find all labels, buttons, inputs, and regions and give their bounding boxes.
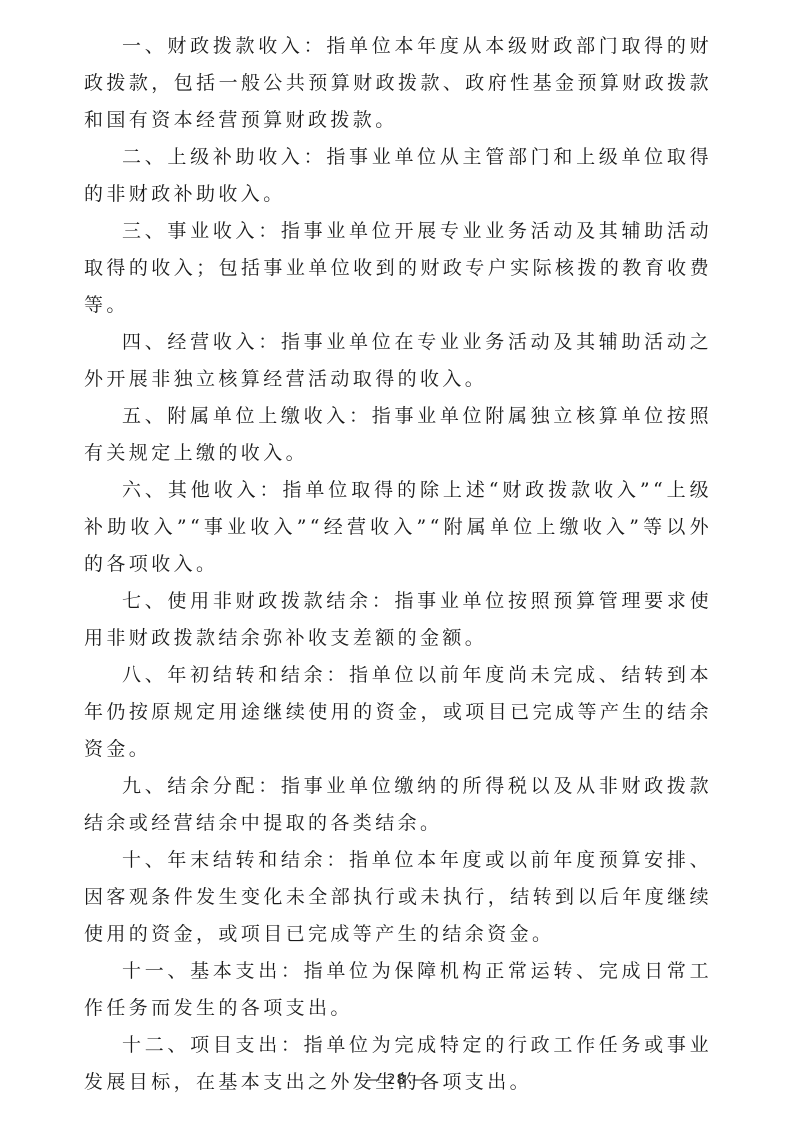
definition-project-expenditure: 十二、项目支出：指单位为完成特定的行政工作任务或事业发展目标，在基本支出之外发生… [84,1027,712,1101]
definition-year-end-carryover-and-balance: 十、年末结转和结余：指单位本年度或以前年度预算安排、因客观条件发生变化未全部执行… [84,842,712,953]
definition-basic-expenditure: 十一、基本支出：指单位为保障机构正常运转、完成日常工作任务而发生的各项支出。 [84,953,712,1027]
definition-higher-level-subsidy-income: 二、上级补助收入：指事业单位从主管部门和上级单位取得的非财政补助收入。 [84,139,712,213]
definition-balance-distribution: 九、结余分配：指事业单位缴纳的所得税以及从非财政拨款结余或经营结余中提取的各类结… [84,768,712,842]
definition-affiliated-unit-remittance-income: 五、附属单位上缴收入：指事业单位附属独立核算单位按照有关规定上缴的收入。 [84,398,712,472]
document-body: 一、财政拨款收入：指单位本年度从本级财政部门取得的财政拨款，包括一般公共预算财政… [84,28,712,1101]
definition-use-of-non-appropriation-balance: 七、使用非财政拨款结余：指事业单位按照预算管理要求使用非财政拨款结余弥补收支差额… [84,583,712,657]
definition-operating-income: 四、经营收入：指事业单位在专业业务活动及其辅助活动之外开展非独立核算经营活动取得… [84,324,712,398]
definition-beginning-carryover-and-balance: 八、年初结转和结余：指单位以前年度尚未完成、结转到本年仍按原规定用途继续使用的资… [84,657,712,768]
definition-business-income: 三、事业收入：指事业单位开展专业业务活动及其辅助活动取得的收入；包括事业单位收到… [84,213,712,324]
definition-financial-appropriation-income: 一、财政拨款收入：指单位本年度从本级财政部门取得的财政拨款，包括一般公共预算财政… [84,28,712,139]
definition-other-income: 六、其他收入：指单位取得的除上述“财政拨款收入”“上级补助收入”“事业收入”“经… [84,472,712,583]
page-number: — 28 — [0,1072,793,1088]
